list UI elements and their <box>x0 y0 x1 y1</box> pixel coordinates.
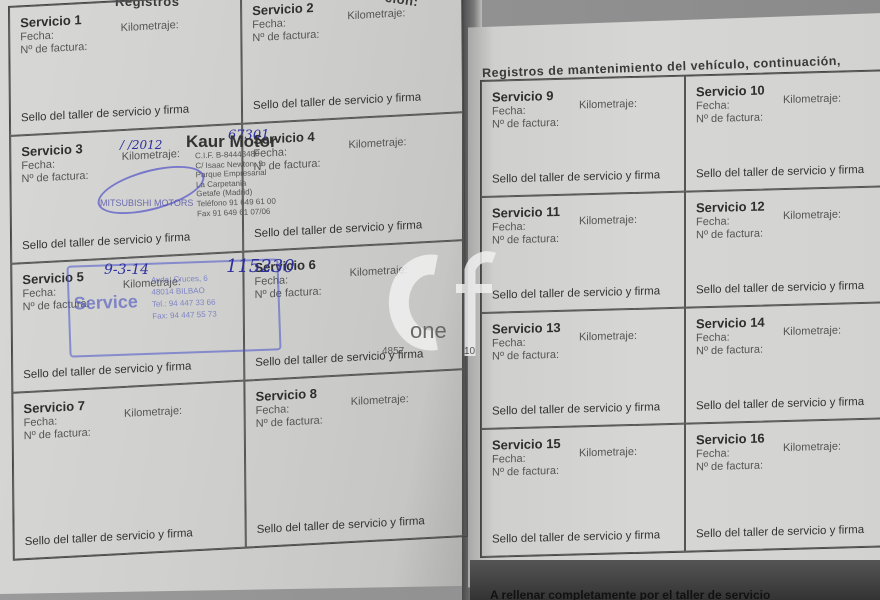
service-box: Servicio 8Fecha:Nº de factura:Kilometraj… <box>244 369 466 548</box>
service-box: Servicio 1Fecha:Nº de factura:Kilometraj… <box>9 0 242 135</box>
service3-stamp-address: C.I.F. B-84443480C/ Isaac Newton, 9Parqu… <box>195 149 276 219</box>
service-box: Servicio 14Fecha:Nº de factura:Kilometra… <box>685 302 880 423</box>
booklet-photo: Registros ción: Servicio 1Fecha:Nº de fa… <box>0 0 880 600</box>
workshop-seal-label: Sello del taller de servicio y firma <box>696 396 864 412</box>
workshop-seal-label: Sello del taller de servicio y firma <box>254 220 422 241</box>
service-box: Servicio 12Fecha:Nº de factura:Kilometra… <box>685 186 880 307</box>
workshop-seal-label: Sello del taller de servicio y firma <box>696 164 864 180</box>
service-box: Servicio 13Fecha:Nº de factura:Kilometra… <box>481 308 685 429</box>
right-service-grid: Servicio 9Fecha:Nº de factura:Kilometraj… <box>480 69 880 558</box>
service3-handwritten-date: / /2012 <box>120 138 162 152</box>
workshop-seal-label: Sello del taller de servicio y firma <box>696 280 864 296</box>
service-box: Servicio 9Fecha:Nº de factura:Kilometraj… <box>481 76 685 197</box>
mileage-label: Kilometraje: <box>579 446 637 460</box>
mileage-label: Kilometraje: <box>783 325 841 339</box>
service5-handwritten-km: 115230 <box>226 256 295 277</box>
footer-note: A rellenar completamente por el taller d… <box>490 588 770 600</box>
workshop-seal-label: Sello del taller de servicio y firma <box>492 402 660 418</box>
cfone-watermark-logo: one 4857 10 <box>378 240 498 360</box>
service-box: Servicio 15Fecha:Nº de factura:Kilometra… <box>481 424 685 557</box>
service-box: Servicio 16Fecha:Nº de factura:Kilometra… <box>685 419 880 552</box>
stamp-line: Fax: 94 447 55 73 <box>152 309 217 323</box>
mileage-label: Kilometraje: <box>783 93 841 107</box>
service-box: Servicio 7Fecha:Nº de factura:Kilometraj… <box>12 380 245 559</box>
service3-stamp-brand: MITSUBISHI MOTORS <box>100 198 193 208</box>
svg-text:4857: 4857 <box>382 346 405 357</box>
service-box: Servicio 10Fecha:Nº de factura:Kilometra… <box>685 70 880 191</box>
workshop-seal-label: Sello del taller de servicio y firma <box>23 360 191 381</box>
mileage-label: Kilometraje: <box>783 441 841 455</box>
service-box: Servicio 2Fecha:Nº de factura:Kilometraj… <box>241 0 463 123</box>
workshop-seal-label: Sello del taller de servicio y firma <box>492 529 660 545</box>
mileage-label: Kilometraje: <box>579 98 637 112</box>
mileage-label: Kilometraje: <box>579 330 637 344</box>
service5-stamp-address: Avda. Cruces, 648014 BILBAOTel.: 94 447 … <box>151 273 217 323</box>
svg-text:10: 10 <box>464 346 476 357</box>
workshop-seal-label: Sello del taller de servicio y firma <box>25 527 193 548</box>
service-box: Servicio 11Fecha:Nº de factura:Kilometra… <box>481 192 685 313</box>
workshop-seal-label: Sello del taller de servicio y firma <box>21 103 189 124</box>
workshop-seal-label: Sello del taller de servicio y firma <box>253 91 421 112</box>
workshop-seal-label: Sello del taller de servicio y firma <box>492 285 660 301</box>
workshop-seal-label: Sello del taller de servicio y firma <box>257 515 425 536</box>
svg-text:one: one <box>410 318 447 343</box>
mileage-label: Kilometraje: <box>783 209 841 223</box>
mileage-label: Kilometraje: <box>579 214 637 228</box>
workshop-seal-label: Sello del taller de servicio y firma <box>22 232 190 253</box>
workshop-seal-label: Sello del taller de servicio y firma <box>696 524 864 540</box>
workshop-seal-label: Sello del taller de servicio y firma <box>492 169 660 185</box>
service5-handwritten-date: 9-3-14 <box>104 262 149 278</box>
